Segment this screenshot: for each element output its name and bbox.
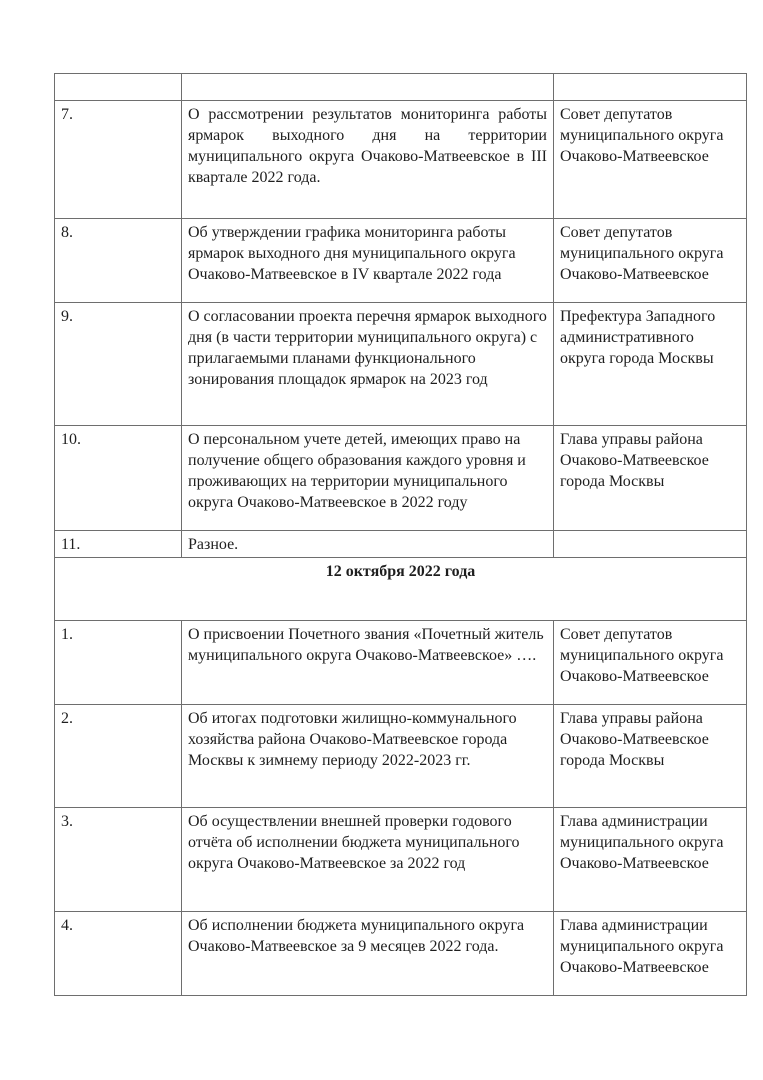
row-topic (182, 74, 554, 101)
row-number: 1. (55, 621, 182, 705)
row-responsible (554, 74, 747, 101)
table-row: 1. О присвоении Почетного звания «Почетн… (55, 621, 747, 705)
row-responsible (554, 531, 747, 558)
row-responsible: Глава администрации муниципального округ… (554, 912, 747, 996)
row-number: 2. (55, 705, 182, 808)
row-responsible: Совет депутатов муниципального округа Оч… (554, 101, 747, 219)
row-responsible: Префектура Западного административного о… (554, 303, 747, 426)
row-topic: О согласовании проекта перечня ярмарок в… (182, 303, 554, 426)
row-number: 7. (55, 101, 182, 219)
table-row: 7. О рассмотрении результатов мониторинг… (55, 101, 747, 219)
table-row: 3. Об осуществлении внешней проверки год… (55, 808, 747, 912)
row-topic: Об итогах подготовки жилищно-коммунально… (182, 705, 554, 808)
row-topic: О персональном учете детей, имеющих прав… (182, 426, 554, 531)
table-row: 9. О согласовании проекта перечня ярмаро… (55, 303, 747, 426)
row-number: 8. (55, 219, 182, 303)
row-number: 9. (55, 303, 182, 426)
table-row: 4. Об исполнении бюджета муниципального … (55, 912, 747, 996)
section-date-heading: 12 октября 2022 года (55, 558, 747, 621)
row-responsible: Глава управы района Очаково-Матвеевское … (554, 426, 747, 531)
row-responsible: Глава администрации муниципального округ… (554, 808, 747, 912)
row-topic: Об осуществлении внешней проверки годово… (182, 808, 554, 912)
row-number: 3. (55, 808, 182, 912)
table-row: 11. Разное. (55, 531, 747, 558)
row-topic: Об утверждении графика мониторинга работ… (182, 219, 554, 303)
row-topic: Об исполнении бюджета муниципального окр… (182, 912, 554, 996)
row-responsible: Совет депутатов муниципального округа Оч… (554, 219, 747, 303)
row-number: 11. (55, 531, 182, 558)
section-date-row: 12 октября 2022 года (55, 558, 747, 621)
row-number (55, 74, 182, 101)
row-responsible: Глава управы района Очаково-Матвеевское … (554, 705, 747, 808)
table-row: 8. Об утверждении графика мониторинга ра… (55, 219, 747, 303)
row-topic: О присвоении Почетного звания «Почетный … (182, 621, 554, 705)
document-page: 7. О рассмотрении результатов мониторинг… (0, 0, 763, 1080)
row-responsible: Совет депутатов муниципального округа Оч… (554, 621, 747, 705)
table-row-empty (55, 74, 747, 101)
row-topic: О рассмотрении результатов мониторинга р… (182, 101, 554, 219)
row-topic: Разное. (182, 531, 554, 558)
table-row: 2. Об итогах подготовки жилищно-коммунал… (55, 705, 747, 808)
row-number: 4. (55, 912, 182, 996)
agenda-table: 7. О рассмотрении результатов мониторинг… (54, 73, 747, 996)
table-row: 10. О персональном учете детей, имеющих … (55, 426, 747, 531)
row-number: 10. (55, 426, 182, 531)
